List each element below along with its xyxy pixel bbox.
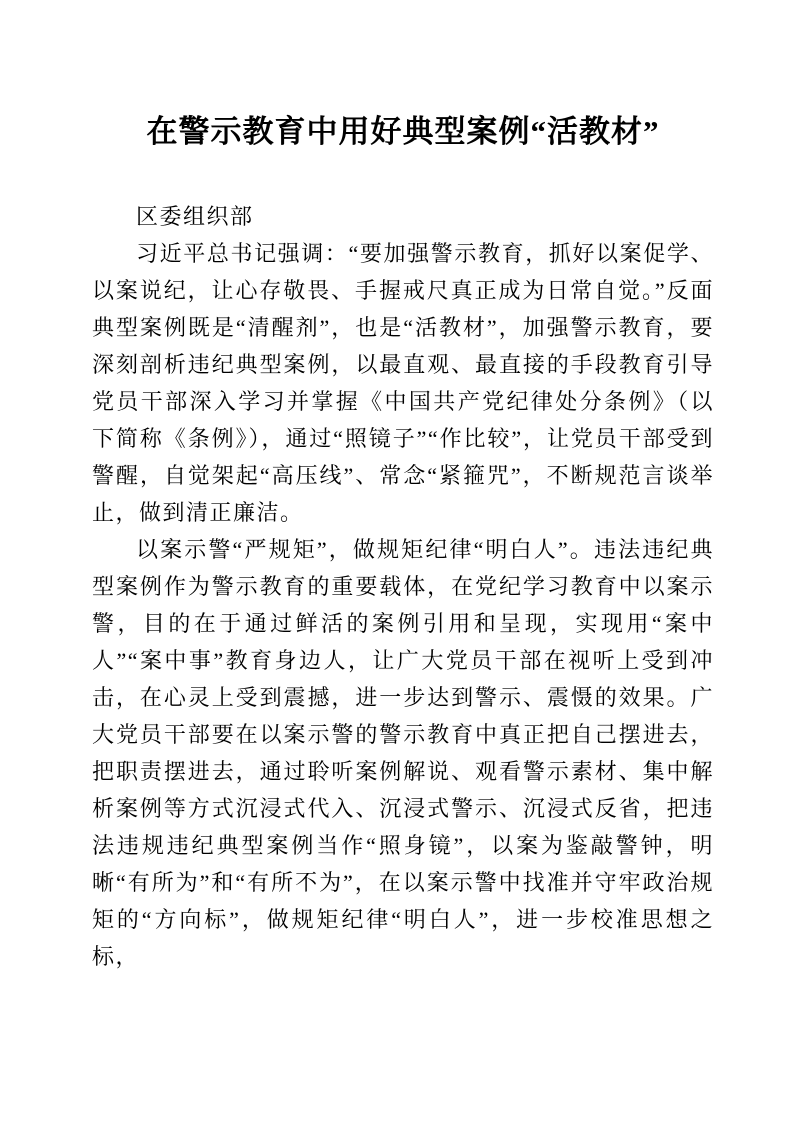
byline: 区委组织部 — [92, 198, 714, 235]
document-content: 在警示教育中用好典型案例“活教材” 区委组织部 习近平总书记强调：“要加强警示教… — [92, 110, 714, 975]
document-title: 在警示教育中用好典型案例“活教材” — [92, 110, 714, 154]
paragraph: 习近平总书记强调：“要加强警示教育，抓好以案促学、以案说纪，让心存敬畏、手握戒尺… — [92, 235, 714, 531]
paragraph: 以案示警“严规矩”，做规矩纪律“明白人”。违法违纪典型案例作为警示教育的重要载体… — [92, 531, 714, 975]
document-page: 在警示教育中用好典型案例“活教材” 区委组织部 习近平总书记强调：“要加强警示教… — [0, 0, 793, 1122]
